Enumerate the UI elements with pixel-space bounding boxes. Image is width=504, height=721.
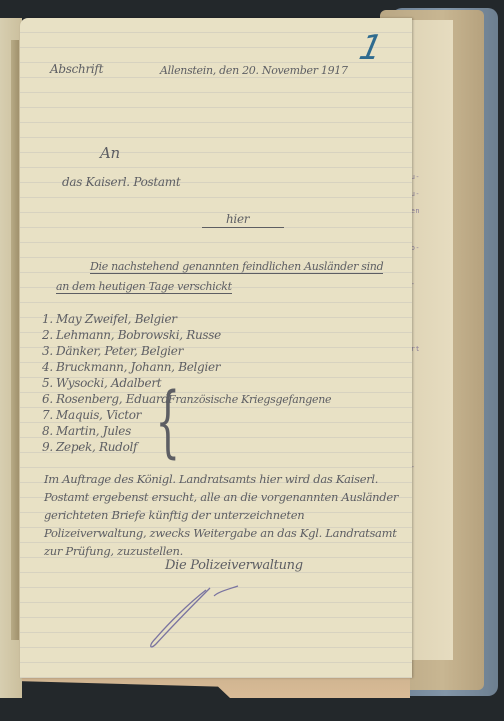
list-item: 1.May Zweifel, Belgier (42, 312, 221, 328)
place-date: Allenstein, den 20. November 1917 (160, 64, 348, 77)
signature-icon (148, 580, 248, 650)
list-item: 4.Bruckmann, Johann, Belgier (42, 360, 221, 376)
address-hier: hier (226, 212, 249, 226)
list-item: 2.Lehmann, Bobrowski, Russe (42, 328, 221, 344)
heading-abschrift: Abschrift (50, 62, 103, 76)
closing: Die Polizeiverwaltung (165, 558, 303, 573)
list-item: 7.Maquis, Victor (42, 408, 221, 424)
address-an: An (100, 144, 120, 162)
intro-line-2: an dem heutigen Tage verschickt (56, 280, 232, 294)
list-item: 9.Zepek, Rudolf (42, 440, 221, 456)
list-item: 3.Dänker, Peter, Belgier (42, 344, 221, 360)
list-item: 5.Wysocki, Adalbert (42, 376, 221, 392)
binding-gutter (11, 40, 19, 640)
divider-line (202, 227, 284, 228)
address-recipient: das Kaiserl. Postamt (62, 175, 180, 189)
intro-line-1: Die nachstehend genannten feindlichen Au… (90, 260, 383, 274)
persons-list: 1.May Zweifel, Belgier 2.Lehmann, Bobrow… (42, 312, 221, 456)
body-paragraph: Im Auftrage des Königl. Landratsamts hie… (44, 470, 404, 560)
brace-note: Französische Kriegsgefangene (168, 393, 331, 406)
list-item: 8.Martin, Jules (42, 424, 221, 440)
